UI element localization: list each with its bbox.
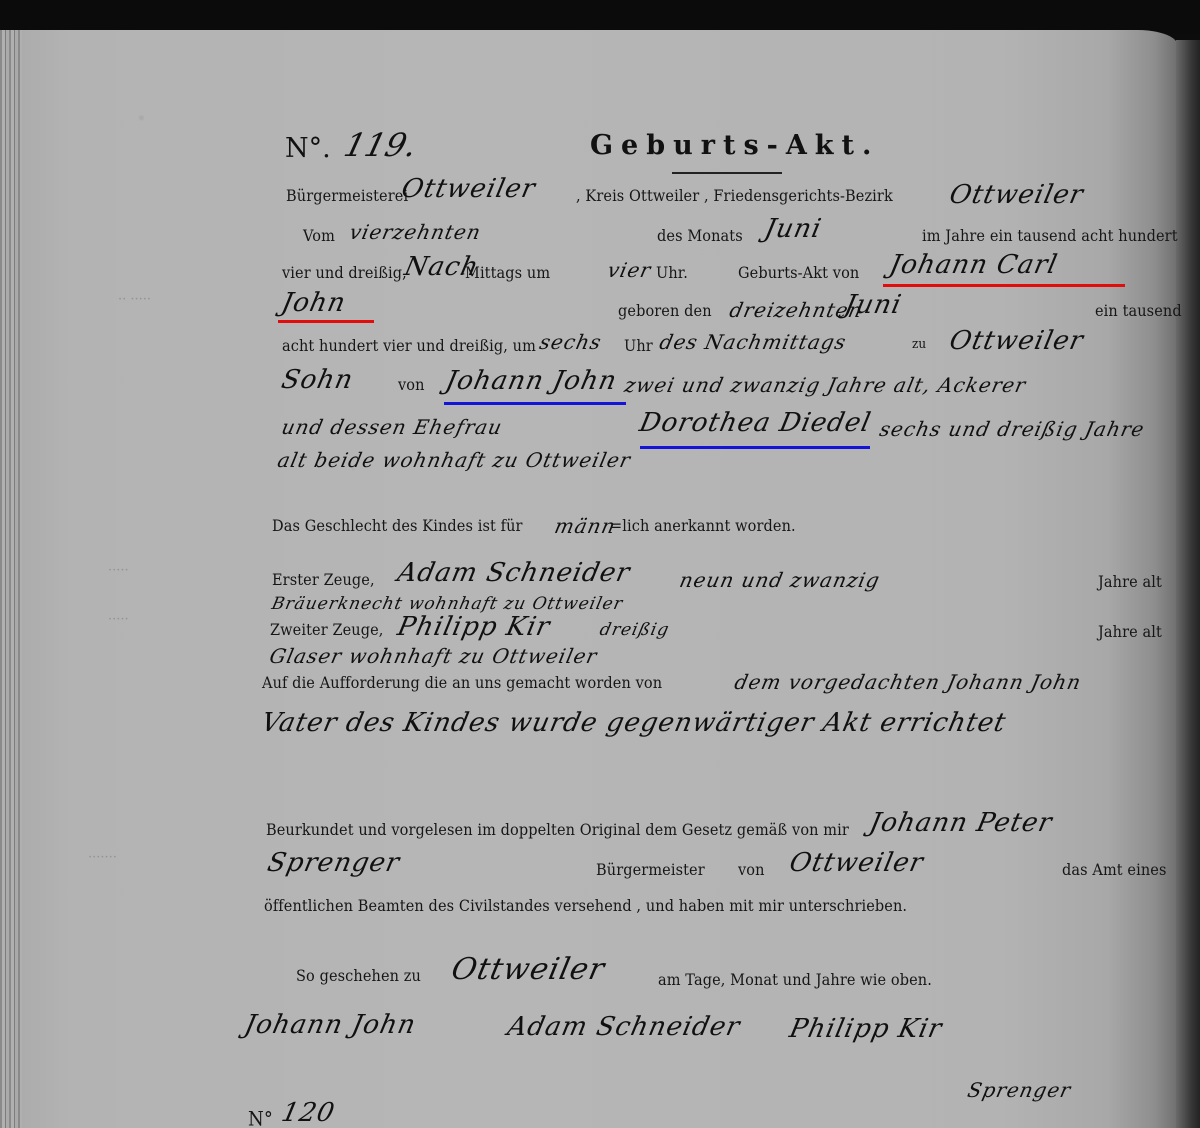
label-witness-1: Erster Zeuge,	[272, 572, 375, 590]
label-request: Auf die Aufforderung die an uns gemacht …	[262, 675, 662, 693]
next-record-number: 120	[279, 1098, 338, 1128]
field-witness-1-name: Adam Schneider	[395, 558, 633, 588]
label-mayor: Bürgermeister	[596, 862, 705, 880]
label-sex-end: =lich anerkannt worden.	[610, 518, 796, 536]
field-relation: Sohn	[279, 365, 356, 395]
red-underline-child-surname	[278, 320, 374, 323]
blue-underline-mother-name	[640, 446, 870, 449]
field-birth-hour: sechs	[537, 330, 604, 354]
field-birth-time-phrase: des Nachmittags	[657, 330, 848, 354]
field-witness-2-occupation: Glaser wohnhaft zu Ottweiler	[267, 644, 599, 668]
label-office-of: das Amt eines	[1062, 862, 1167, 880]
label-done-at: So geschehen zu	[296, 968, 421, 986]
field-day-registered: vierzehnten	[347, 220, 483, 244]
signature-witness-2: Philipp Kir	[787, 1014, 945, 1044]
label-district: , Kreis Ottweiler , Friedensgerichts-Bez…	[576, 188, 893, 206]
record-number: 119.	[340, 126, 421, 164]
bleed-through-text: ·····	[108, 563, 129, 578]
record-number-label: N°.	[285, 133, 331, 164]
field-residence: alt beide wohnhaft zu Ottweiler	[275, 448, 633, 472]
red-underline-child-given-names	[883, 284, 1125, 287]
label-uhr: Uhr.	[656, 265, 688, 283]
label-von: von	[398, 377, 425, 395]
field-mother-prefix: und dessen Ehefrau	[279, 415, 504, 439]
label-vom: Vom	[303, 228, 335, 246]
field-birth-month: Juni	[842, 290, 905, 320]
field-witness-1-occupation: Bräuerknecht wohnhaft zu Ottweiler	[270, 594, 625, 614]
label-year-1834: acht hundert vier und dreißig, um	[282, 338, 536, 356]
field-witness-2-age: dreißig	[598, 620, 671, 640]
label-year-end: vier und dreißig,	[282, 265, 407, 283]
bleed-through-text: ·······	[88, 850, 117, 865]
field-father-age: zwei und zwanzig Jahre alt, Ackerer	[622, 373, 1028, 397]
label-birth-record-of: Geburts-Akt von	[738, 265, 859, 283]
field-witness-2-name: Philipp Kir	[395, 612, 553, 642]
blue-underline-father-name	[444, 402, 626, 405]
label-mayoralty: Bürgermeisterei	[286, 188, 408, 206]
label-mittags: -Mittags um	[460, 265, 550, 283]
next-record-label: N°	[248, 1108, 273, 1128]
field-request-continuation: Vater des Kindes wurde gegenwärtiger Akt…	[259, 708, 1009, 738]
field-month: Juni	[762, 214, 825, 244]
field-hour-registered: vier	[605, 258, 653, 282]
label-day-month-year: am Tage, Monat und Jahre wie oben.	[658, 972, 932, 990]
field-witness-1-age: neun und zwanzig	[677, 568, 882, 592]
label-von-2: von	[738, 862, 765, 880]
label-certified: Beurkundet und vorgelesen im doppelten O…	[266, 822, 849, 840]
label-ein-tausend: ein tausend	[1095, 303, 1182, 321]
label-sex: Das Geschlecht des Kindes ist für	[272, 518, 523, 536]
field-mother-age: sechs und dreißig Jahre	[877, 417, 1147, 441]
field-mayoralty: Ottweiler	[399, 174, 539, 204]
label-uhr-2: Uhr	[624, 338, 653, 356]
page-right-shadow	[1176, 40, 1200, 1128]
field-done-place: Ottweiler	[448, 952, 608, 987]
field-sex: männ	[552, 514, 618, 538]
field-father-name: Johann John	[443, 366, 620, 396]
label-year-text: im Jahre ein tausend acht hundert	[922, 228, 1178, 246]
field-court-district: Ottweiler	[947, 180, 1087, 210]
field-official-last-name: Sprenger	[265, 848, 403, 878]
label-witness-1-years: Jahre alt	[1098, 574, 1162, 592]
field-official-town: Ottweiler	[787, 848, 927, 878]
field-request-by: dem vorgedachten Johann John	[732, 670, 1083, 694]
bleed-through-text: ·· ·····	[118, 292, 151, 307]
page-binding-edge	[0, 30, 22, 1128]
label-witness-2: Zweiter Zeuge,	[270, 622, 384, 640]
label-certified-end: öffentlichen Beamten des Civilstandes ve…	[264, 898, 907, 916]
label-witness-2-years: Jahre alt	[1098, 624, 1162, 642]
page-title: Geburts-Akt.	[590, 130, 879, 161]
field-official-first-name: Johann Peter	[867, 808, 1055, 838]
field-child-given-names: Johann Carl	[887, 250, 1061, 280]
title-divider	[672, 172, 782, 174]
signature-witness-1: Adam Schneider	[505, 1012, 743, 1042]
field-child-surname: John	[279, 288, 349, 318]
label-zu: zu	[912, 336, 926, 351]
signature-father: Johann John	[242, 1010, 419, 1040]
field-birth-place: Ottweiler	[947, 326, 1087, 356]
field-mother-name: Dorothea Diedel	[637, 408, 874, 438]
scanner-background	[0, 0, 1200, 34]
label-month: des Monats	[657, 228, 743, 246]
label-born-on: geboren den	[618, 303, 712, 321]
signature-official: Sprenger	[965, 1078, 1073, 1102]
bleed-through-text: ·····	[108, 612, 129, 627]
